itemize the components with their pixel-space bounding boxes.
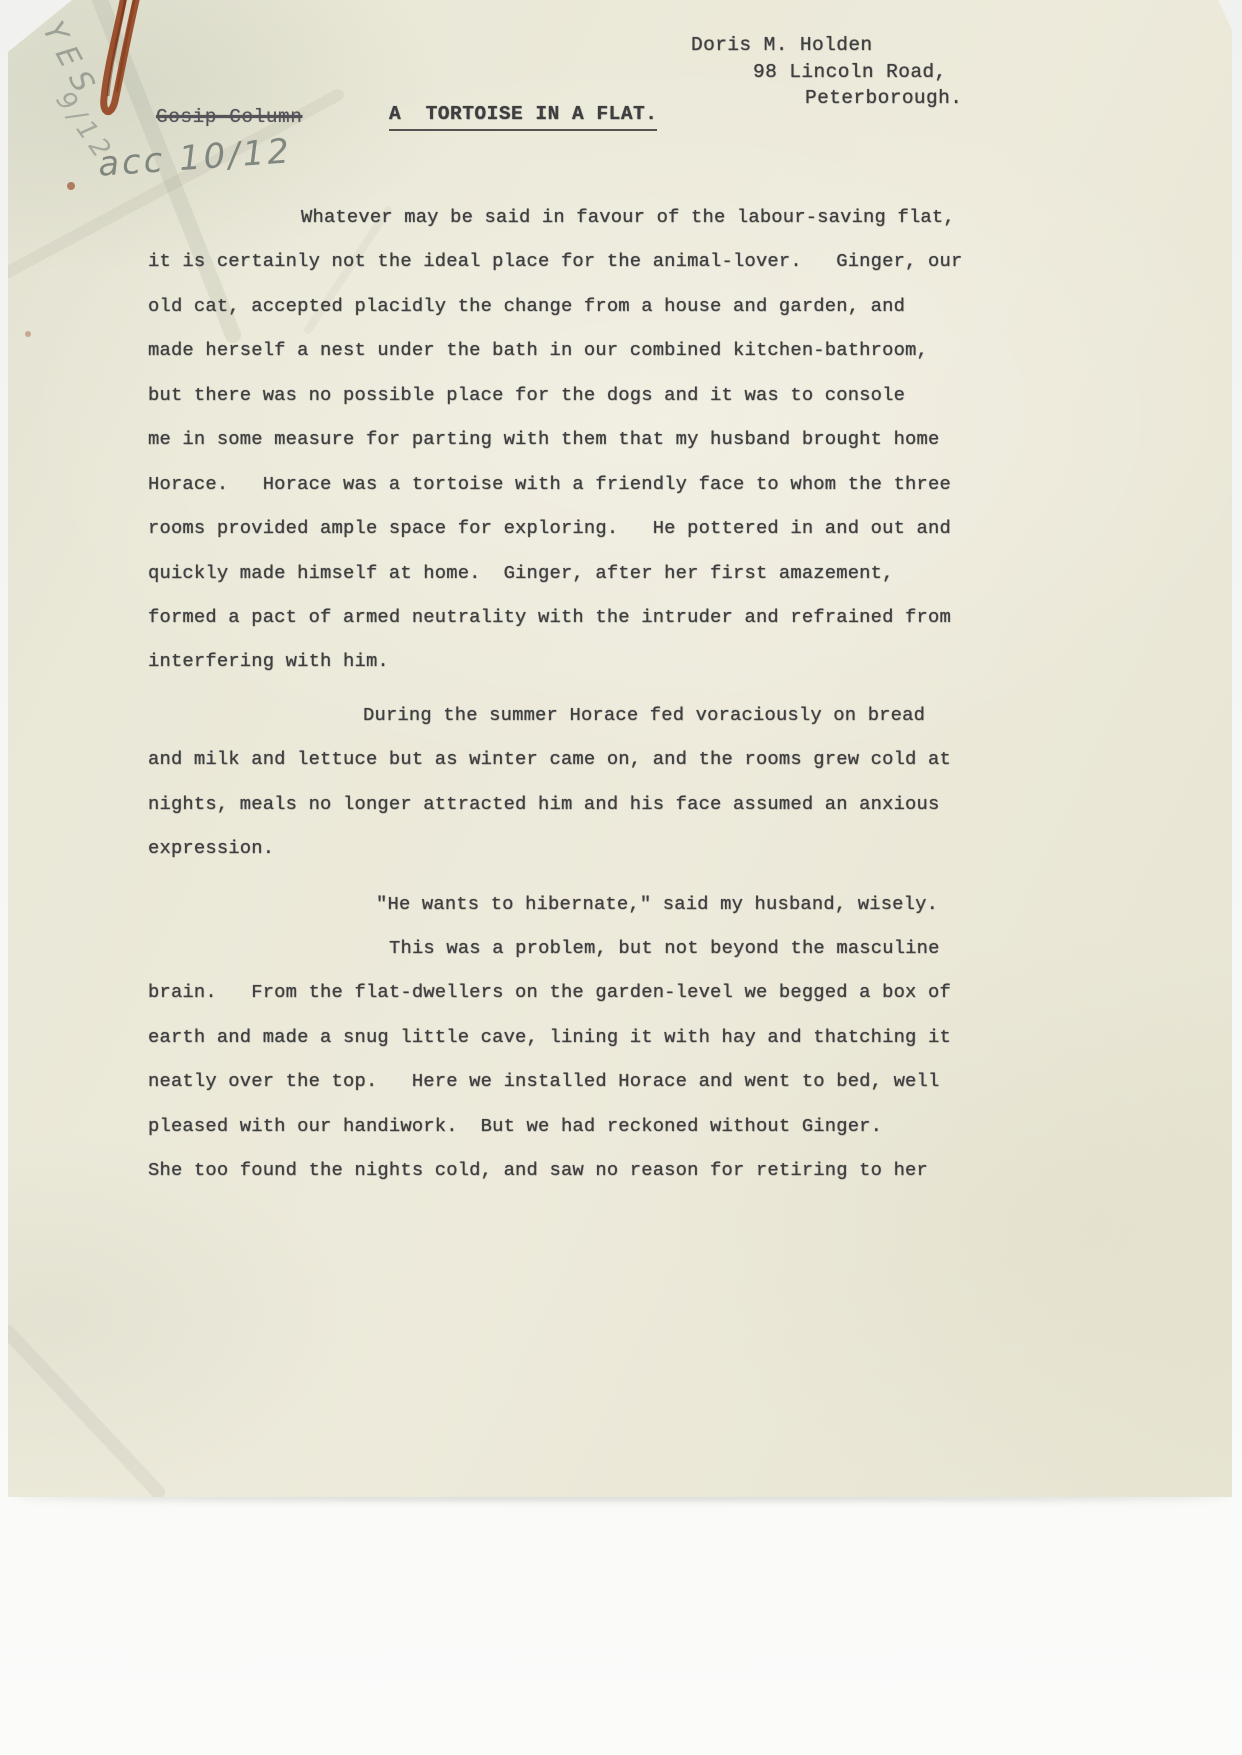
body-line: Whatever may be said in favour of the la…	[148, 195, 1128, 239]
body-line: interfering with him.	[148, 639, 1128, 683]
body-line: made herself a nest under the bath in ou…	[148, 328, 1128, 372]
body-line: During the summer Horace fed voraciously…	[148, 693, 1128, 737]
body-line: but there was no possible place for the …	[148, 373, 1128, 417]
body-line: rooms provided ample space for exploring…	[148, 506, 1128, 550]
body-line: formed a pact of armed neutrality with t…	[148, 595, 1128, 639]
body-line: old cat, accepted placidly the change fr…	[148, 284, 1128, 328]
body-line: quickly made himself at home. Ginger, af…	[148, 551, 1128, 595]
body-line: Horace. Horace was a tortoise with a fri…	[148, 462, 1128, 506]
body-line: brain. From the flat-dwellers on the gar…	[148, 970, 1128, 1014]
body-line: me in some measure for parting with them…	[148, 417, 1128, 461]
body-line: She too found the nights cold, and saw n…	[148, 1148, 1128, 1192]
body-line: expression.	[148, 826, 1128, 870]
body-line: and milk and lettuce but as winter came …	[148, 737, 1128, 781]
author-address-street: 98 Lincoln Road,	[753, 61, 947, 83]
body-line: neatly over the top. Here we installed H…	[148, 1059, 1128, 1103]
body-line: earth and made a snug little cave, linin…	[148, 1015, 1128, 1059]
body-line: This was a problem, but not beyond the m…	[148, 926, 1128, 970]
typed-body: Whatever may be said in favour of the la…	[148, 195, 1128, 1193]
body-line: "He wants to hibernate," said my husband…	[148, 882, 1128, 926]
author-name: Doris M. Holden	[691, 34, 873, 56]
author-address-city: Peterborough.	[805, 87, 962, 109]
body-line: pleased with our handiwork. But we had r…	[148, 1104, 1128, 1148]
pencil-annotation-accession: acc 10/12	[97, 131, 293, 184]
body-line: nights, meals no longer attracted him an…	[148, 782, 1128, 826]
struck-heading: Gosip Column	[156, 106, 302, 128]
document-title: A TORTOISE IN A FLAT.	[389, 103, 657, 131]
body-line: it is certainly not the ideal place for …	[148, 239, 1128, 283]
scanned-manuscript-page: YES 9/12 Doris M. Holden 98 Lincoln Road…	[8, 0, 1232, 1497]
